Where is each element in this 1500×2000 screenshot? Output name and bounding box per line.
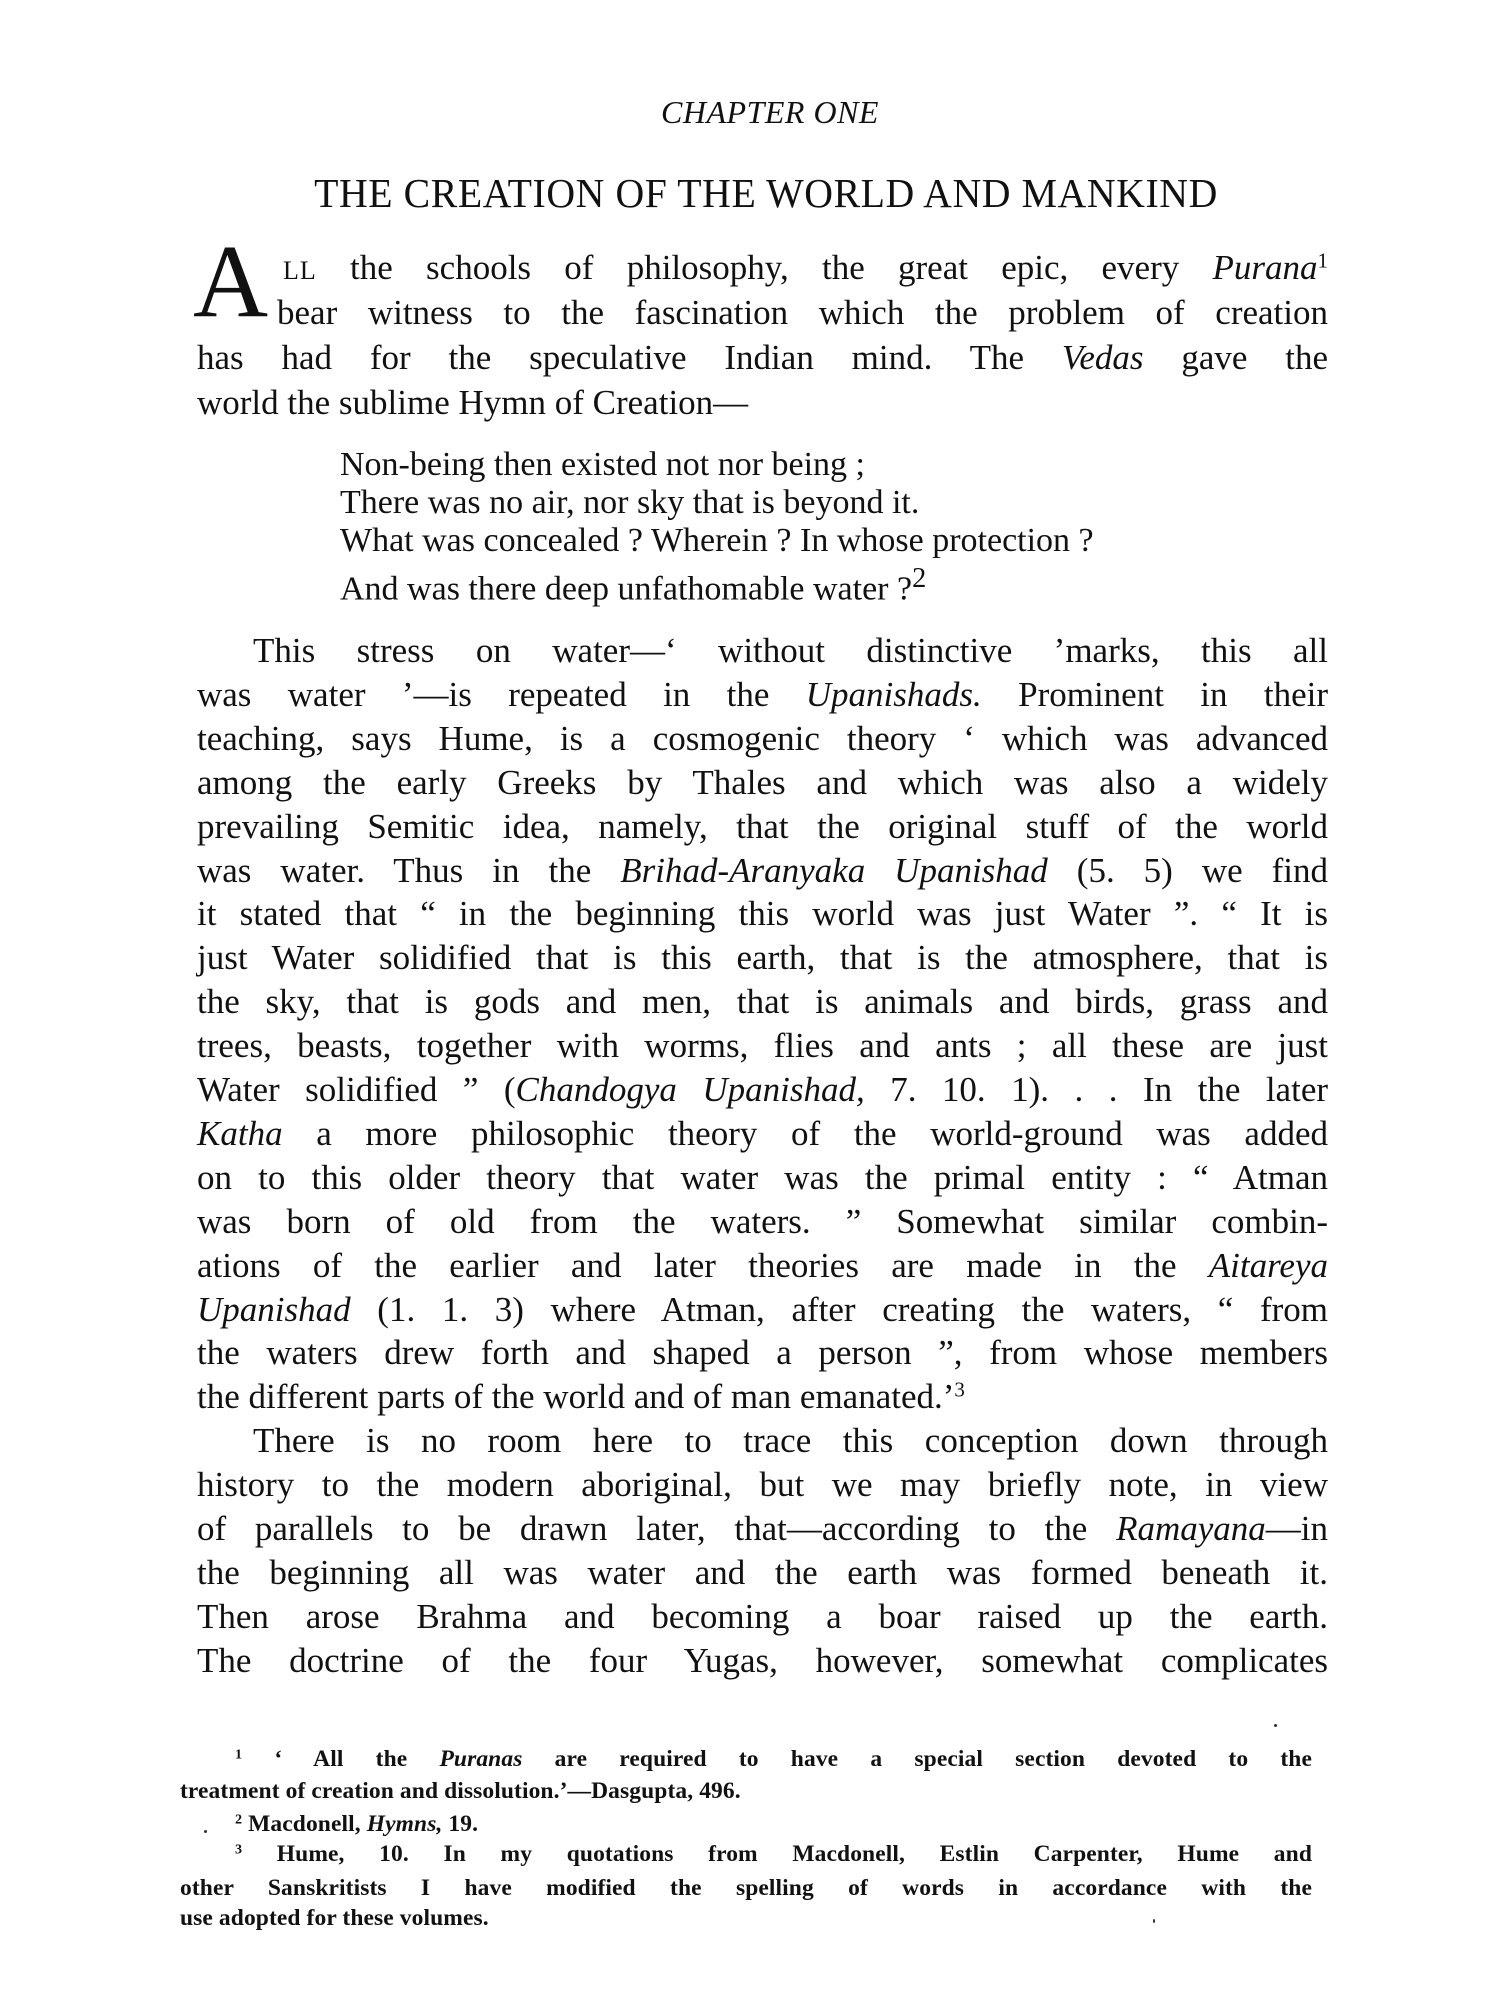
text-segment: other Sanskritists I have modified the s… bbox=[180, 1875, 1312, 1901]
text-segment: 7. 10. 1). . . In the later bbox=[865, 1070, 1328, 1109]
text-segment: The doctrine of the four Yugas, however,… bbox=[197, 1641, 1328, 1680]
text-line: of parallels to be drawn later, that—acc… bbox=[197, 1507, 1328, 1551]
text-segment: This stress on water—‘ without distincti… bbox=[253, 631, 1328, 670]
text-line: the different parts of the world and of … bbox=[197, 1375, 1328, 1419]
text-segment: Macdonell, bbox=[242, 1811, 367, 1837]
text-segment: Water solidified ” ( bbox=[197, 1070, 516, 1109]
text-line: prevailing Semitic idea, namely, that th… bbox=[197, 805, 1328, 849]
text-segment: teaching, says Hume, is a cosmogenic the… bbox=[197, 719, 1328, 758]
poem-line: And was there deep unfathomable water ?2 bbox=[340, 560, 926, 598]
text-line: on to this older theory that water was t… bbox=[197, 1156, 1328, 1200]
text-segment: has had for the speculative Indian mind.… bbox=[197, 338, 1062, 377]
text-line: bear witness to the fascination which th… bbox=[277, 291, 1328, 335]
text-line: world the sublime Hymn of Creation— bbox=[197, 381, 1328, 425]
italic-text: Puranas bbox=[439, 1746, 522, 1772]
scan-speck bbox=[1153, 1919, 1155, 1923]
poem-line: What was concealed ? Wherein ? In whose … bbox=[340, 522, 1094, 560]
footnote-marker: 2 bbox=[912, 563, 926, 594]
text-segment: There is no room here to trace this conc… bbox=[253, 1421, 1328, 1460]
text-line: it stated that “ in the beginning this w… bbox=[197, 892, 1328, 936]
text-line: history to the modern aboriginal, but we… bbox=[197, 1463, 1328, 1507]
poem-text: What was concealed ? Wherein ? In whose … bbox=[340, 522, 1094, 559]
chapter-title: THE CREATION OF THE WORLD AND MANKIND bbox=[23, 168, 1500, 218]
text-segment: prevailing Semitic idea, namely, that th… bbox=[197, 807, 1328, 846]
text-line: There is no room here to trace this conc… bbox=[253, 1419, 1328, 1463]
footnote-line: 1 ‘ All the Puranas are required to have… bbox=[235, 1744, 1312, 1774]
text-line: teaching, says Hume, is a cosmogenic the… bbox=[197, 717, 1328, 761]
footnote-marker: 1 bbox=[1318, 248, 1329, 272]
footnote-line: treatment of creation and dissolution.’—… bbox=[180, 1776, 1312, 1806]
italic-text: Ramayana bbox=[1116, 1509, 1266, 1548]
text-segment: Hume, 10. In my quotations from Macdonel… bbox=[242, 1841, 1312, 1867]
text-line: Katha a more philosophic theory of the w… bbox=[197, 1112, 1328, 1156]
footnote-line: 3 Hume, 10. In my quotations from Macdon… bbox=[235, 1839, 1312, 1869]
text-line: LL the schools of philosophy, the great … bbox=[283, 246, 1328, 290]
text-segment: are required to have a special section d… bbox=[522, 1746, 1312, 1772]
text-segment: (1. 1. 3) where Atman, after creating th… bbox=[351, 1290, 1328, 1329]
italic-text: Aitareya bbox=[1209, 1246, 1328, 1285]
text-segment: 19. bbox=[442, 1811, 478, 1837]
text-segment: gave the bbox=[1143, 338, 1328, 377]
text-line: was born of old from the waters. ” Somew… bbox=[197, 1200, 1328, 1244]
text-segment: was born of old from the waters. ” Somew… bbox=[197, 1202, 1328, 1241]
text-segment: it stated that “ in the beginning this w… bbox=[197, 894, 1328, 933]
text-segment: trees, beasts, together with worms, flie… bbox=[197, 1026, 1328, 1065]
text-line: ations of the earlier and later theories… bbox=[197, 1244, 1328, 1288]
text-line: The doctrine of the four Yugas, however,… bbox=[197, 1639, 1328, 1683]
text-segment: on to this older theory that water was t… bbox=[197, 1158, 1328, 1197]
text-line: among the early Greeks by Thales and whi… bbox=[197, 761, 1328, 805]
text-segment: Then arose Brahma and becoming a boar ra… bbox=[197, 1597, 1328, 1636]
text-segment: the schools of philosophy, the great epi… bbox=[317, 248, 1213, 287]
text-line: was water. Thus in the Brihad-Aranyaka U… bbox=[197, 849, 1328, 893]
footnote-line: 2 Macdonell, Hymns, 19. bbox=[235, 1809, 1312, 1839]
text-segment: the sky, that is gods and men, that is a… bbox=[197, 982, 1328, 1021]
italic-text: Brihad-Aranyaka Upanishad bbox=[620, 851, 1048, 890]
text-line: This stress on water—‘ without distincti… bbox=[253, 629, 1328, 673]
text-segment: Prominent in their bbox=[982, 675, 1328, 714]
poem-line: Non-being then existed not nor being ; bbox=[340, 446, 865, 484]
text-segment: world the sublime Hymn of Creation— bbox=[197, 383, 748, 422]
drop-cap: A bbox=[193, 230, 268, 334]
footnote-marker: 3 bbox=[954, 1377, 965, 1401]
text-segment: was water ’—is repeated in the bbox=[197, 675, 806, 714]
text-segment: the different parts of the world and of … bbox=[197, 1377, 954, 1416]
text-segment: use adopted for these volumes. bbox=[180, 1905, 489, 1931]
text-segment: just Water solidified that is this earth… bbox=[197, 938, 1328, 977]
poem-text: There was no air, nor sky that is beyond… bbox=[340, 484, 919, 521]
text-segment: a more philosophic theory of the world-g… bbox=[283, 1114, 1328, 1153]
text-segment: the waters drew forth and shaped a perso… bbox=[197, 1333, 1328, 1372]
text-segment: treatment of creation and dissolution.’—… bbox=[180, 1778, 741, 1804]
text-segment: —in bbox=[1266, 1509, 1328, 1548]
poem-text: Non-being then existed not nor being ; bbox=[340, 446, 865, 483]
scan-speck bbox=[1274, 1724, 1277, 1727]
text-segment: bear witness to the fascination which th… bbox=[277, 293, 1328, 332]
text-line: was water ’—is repeated in the Upanishad… bbox=[197, 673, 1328, 717]
text-segment: was water. Thus in the bbox=[197, 851, 620, 890]
text-line: Then arose Brahma and becoming a boar ra… bbox=[197, 1595, 1328, 1639]
text-line: the waters drew forth and shaped a perso… bbox=[197, 1331, 1328, 1375]
chapter-label: CHAPTER ONE bbox=[0, 92, 1500, 132]
text-segment: among the early Greeks by Thales and whi… bbox=[197, 763, 1328, 802]
italic-text: Vedas bbox=[1062, 338, 1144, 377]
text-line: Water solidified ” (Chandogya Upanishad,… bbox=[197, 1068, 1328, 1112]
poem-line: There was no air, nor sky that is beyond… bbox=[340, 484, 919, 522]
text-line: trees, beasts, together with worms, flie… bbox=[197, 1024, 1328, 1068]
text-line: Upanishad (1. 1. 3) where Atman, after c… bbox=[197, 1288, 1328, 1332]
text-line: the sky, that is gods and men, that is a… bbox=[197, 980, 1328, 1024]
italic-text: Chandogya Upanishad, bbox=[516, 1070, 865, 1109]
italic-text: Upanishads. bbox=[806, 675, 982, 714]
italic-text: Katha bbox=[197, 1114, 283, 1153]
text-segment: LL bbox=[283, 256, 317, 285]
footnote-line: other Sanskritists I have modified the s… bbox=[180, 1873, 1312, 1903]
book-page: CHAPTER ONE THE CREATION OF THE WORLD AN… bbox=[0, 0, 1500, 2000]
italic-text: Purana bbox=[1213, 248, 1318, 287]
text-line: has had for the speculative Indian mind.… bbox=[197, 336, 1328, 380]
text-segment: ‘ All the bbox=[242, 1746, 439, 1772]
text-segment: history to the modern aboriginal, but we… bbox=[197, 1465, 1328, 1504]
text-line: just Water solidified that is this earth… bbox=[197, 936, 1328, 980]
footnote-line: use adopted for these volumes. bbox=[180, 1903, 1312, 1933]
text-segment: (5. 5) we find bbox=[1048, 851, 1328, 890]
text-segment: of parallels to be drawn later, that—acc… bbox=[197, 1509, 1116, 1548]
italic-text: Upanishad bbox=[197, 1290, 351, 1329]
italic-text: Hymns, bbox=[367, 1811, 443, 1837]
text-line: the beginning all was water and the eart… bbox=[197, 1551, 1328, 1595]
poem-text: And was there deep unfathomable water ? bbox=[340, 570, 912, 607]
text-segment: the beginning all was water and the eart… bbox=[197, 1553, 1328, 1592]
scan-speck bbox=[204, 1830, 207, 1833]
text-segment: ations of the earlier and later theories… bbox=[197, 1246, 1209, 1285]
